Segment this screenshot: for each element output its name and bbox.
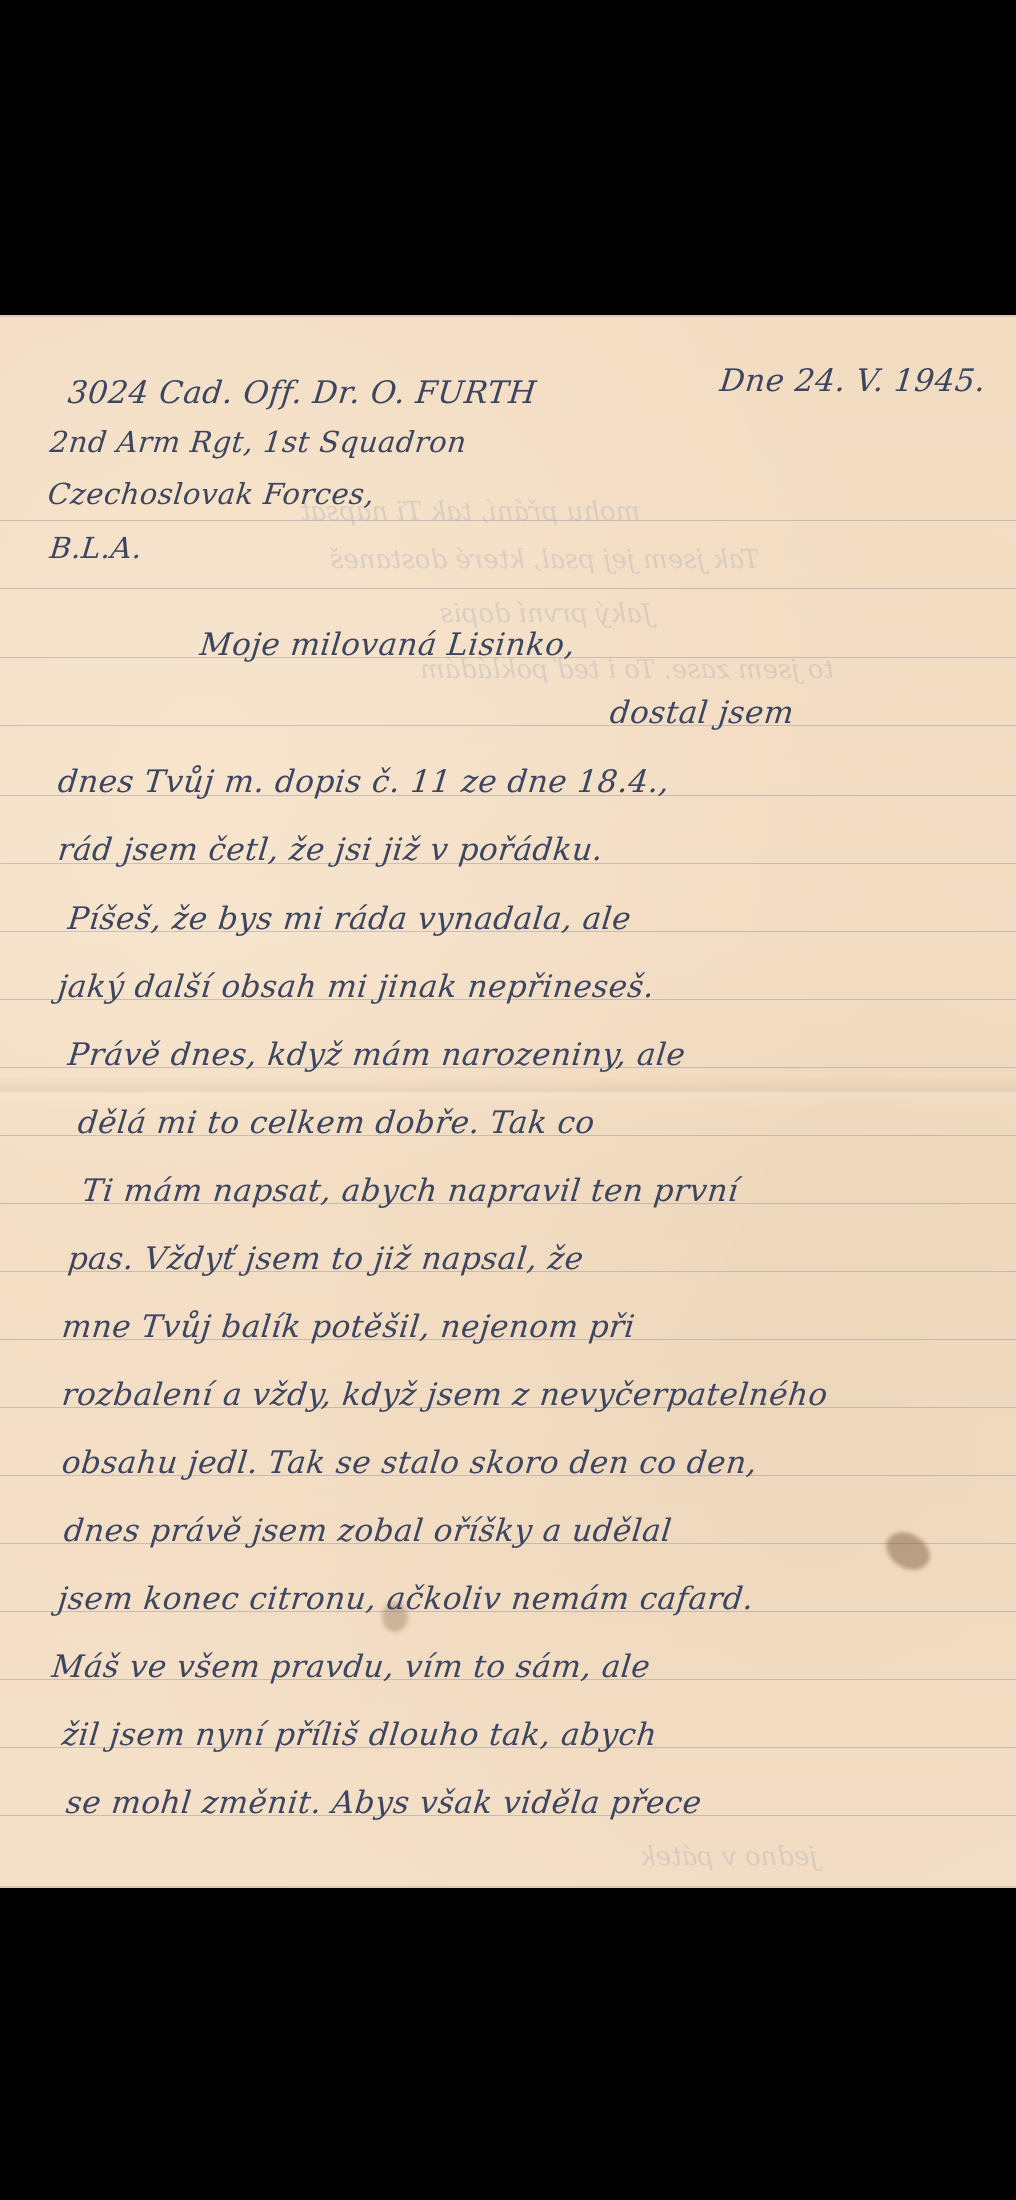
ruled-line xyxy=(0,725,1016,726)
sender-address-line: Czechoslovak Forces, xyxy=(46,477,376,511)
letter-body-line: Píšeš, že bys mi ráda vynadala, ale xyxy=(66,901,633,937)
bleed-through-text: jedno v pátek xyxy=(640,1842,817,1872)
letter-body-line: dostal jsem xyxy=(608,695,796,731)
letter-page: mohu přání, tak Ti napsat Tak jsem jej p… xyxy=(0,315,1016,1888)
sender-address-line: 3024 Cad. Off. Dr. O. FURTH xyxy=(66,375,538,411)
letter-body-line: Ti mám napsat, abych napravil ten první xyxy=(80,1173,740,1209)
letter-body-line: dnes právě jsem zobal oříšky a udělal xyxy=(62,1513,674,1549)
letter-body-line: jsem konec citronu, ačkoliv nemám cafard… xyxy=(56,1581,755,1617)
ruled-line xyxy=(0,588,1016,589)
letter-date: Dne 24. V. 1945. xyxy=(718,363,987,399)
sender-address-line: 2nd Arm Rgt, 1st Squadron xyxy=(48,425,468,459)
ink-stain xyxy=(880,1525,937,1577)
letter-body-line: dnes Tvůj m. dopis č. 11 ze dne 18.4., xyxy=(56,764,671,800)
paper-fold-crease xyxy=(0,1077,1016,1107)
letter-body-line: Máš ve všem pravdu, vím to sám, ale xyxy=(50,1649,652,1685)
letter-body-line: pas. Vždyť jsem to již napsal, že xyxy=(66,1241,585,1277)
letter-body-line: jaký další obsah mi jinak nepřineseš. xyxy=(56,969,656,1005)
letter-body-line: rozbalení a vždy, když jsem z nevyčerpat… xyxy=(60,1377,830,1413)
letter-body-line: obsahu jedl. Tak se stalo skoro den co d… xyxy=(60,1445,759,1481)
letter-body-line: rád jsem četl, že jsi již v pořádku. xyxy=(56,832,605,868)
letter-body-line: žil jsem nyní příliš dlouho tak, abych xyxy=(60,1717,659,1753)
letter-body-line: dělá mi to celkem dobře. Tak co xyxy=(76,1105,597,1141)
letter-body-line: se mohl změnit. Abys však viděla přece xyxy=(64,1785,703,1821)
bleed-through-text: Jaký první dopis xyxy=(440,599,652,629)
letter-body-line: Právě dnes, když mám narozeniny, ale xyxy=(66,1037,687,1073)
letter-salutation: Moje milovaná Lisinko, xyxy=(198,627,577,663)
letter-body-line: mne Tvůj balík potěšil, nejenom při xyxy=(60,1309,637,1345)
bleed-through-text: Tak jsem jej psal, které dostaneš xyxy=(330,545,759,575)
sender-address-line: B.L.A. xyxy=(48,531,144,565)
